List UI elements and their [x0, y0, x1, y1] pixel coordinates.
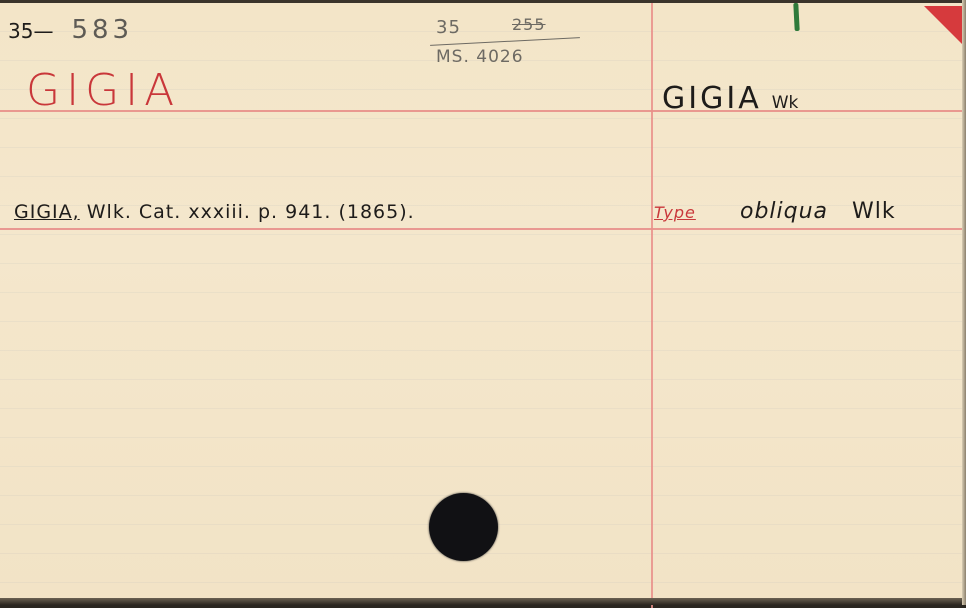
ms-ref-bottom: MS. 4026 — [436, 47, 524, 67]
accession-number: 35—583 — [8, 15, 133, 45]
genus-heading: GIGIA — [26, 65, 180, 116]
ms-ref-divider — [430, 37, 580, 46]
citation-rule — [0, 228, 966, 230]
ms-ref-struck: 255 — [512, 15, 546, 34]
card-bottom-edge — [0, 598, 966, 605]
green-marker-stroke — [793, 3, 799, 31]
card-right-edge — [962, 0, 966, 605]
citation-line: GIGIA, Wlk. Cat. xxxiii. p. 941. (1865). — [14, 201, 415, 223]
type-species-name: obliqua — [740, 199, 828, 224]
right-genus-heading: GIGIAWk — [662, 81, 798, 116]
right-genus-author: Wk — [772, 93, 799, 113]
type-label: Type — [654, 203, 696, 222]
punch-hole — [429, 493, 498, 561]
type-species-author: Wlk — [852, 199, 896, 224]
type-species-entry: obliquaWlk — [740, 199, 896, 224]
column-divider — [651, 3, 653, 605]
citation-text: Wlk. Cat. xxxiii. p. 941. (1865). — [87, 201, 415, 223]
index-card: 35—583 35 255 MS. 4026 GIGIA GIGIAWk GIG… — [0, 0, 966, 600]
citation-genus: GIGIA, — [14, 201, 80, 223]
accession-value: 583 — [71, 15, 133, 45]
accession-prefix: 35— — [8, 19, 53, 43]
ms-ref-top: 35 — [436, 17, 461, 38]
red-corner-tab — [924, 6, 964, 46]
right-genus-name: GIGIA — [662, 81, 762, 116]
ms-reference: 35 255 MS. 4026 — [430, 13, 580, 73]
